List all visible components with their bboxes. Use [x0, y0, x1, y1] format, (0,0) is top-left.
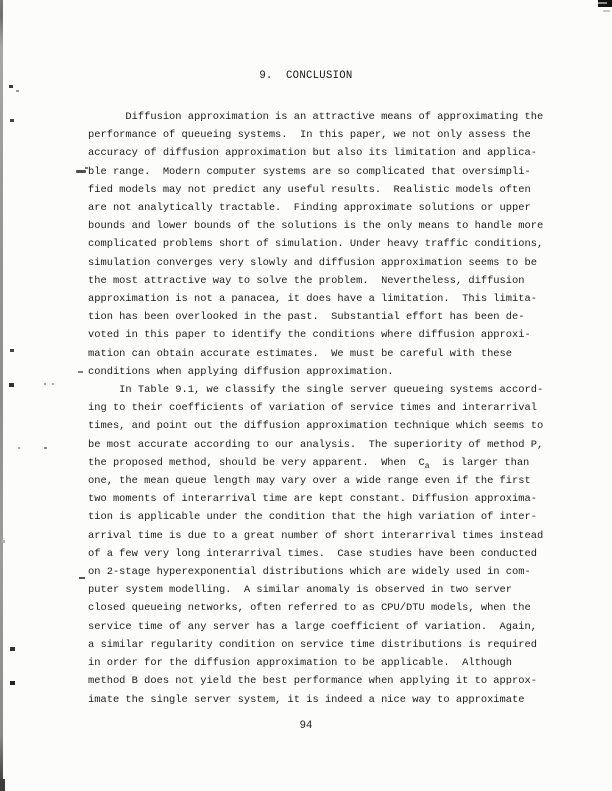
text-line: the most attractive way to solve the pro… [88, 272, 543, 290]
scanned-paper-page: 9. CONCLUSION Diffusion approximation is… [0, 0, 612, 791]
scan-smudge [76, 170, 86, 173]
text-line: be most accurate according to our analys… [88, 436, 543, 454]
scan-speck [10, 349, 14, 352]
text-line: in order for the diffusion approximation… [88, 654, 543, 672]
text-line: Diffusion approximation is an attractive… [88, 108, 543, 126]
scan-speck [9, 85, 13, 88]
text-line: of a few very long interarrival times. C… [88, 545, 543, 563]
scan-corner-mark-highlight [598, 2, 607, 4]
text-line: imate the single server system, it is in… [88, 691, 543, 709]
text-line: the proposed method, should be very appa… [88, 454, 543, 472]
scan-speck [44, 383, 46, 385]
scan-speck [44, 447, 47, 449]
scan-speck [9, 383, 14, 387]
scan-speck [10, 681, 15, 685]
text-line: tion has been overlooked in the past. Su… [88, 308, 543, 326]
text-line: puter system modelling. A similar anomal… [88, 581, 543, 599]
text-line: arrival time is due to a great number of… [88, 527, 543, 545]
text-line: tion is applicable under the condition t… [88, 508, 543, 526]
section-heading: 9. CONCLUSION [0, 70, 612, 82]
text-line: closed queueing networks, often referred… [88, 599, 543, 617]
text-line: times, and point out the diffusion appro… [88, 417, 543, 435]
text-line: two moments of interarrival time are kep… [88, 490, 543, 508]
scan-speck [18, 447, 20, 449]
text-line: voted in this paper to identify the cond… [88, 326, 543, 344]
scan-speck [10, 119, 14, 122]
text-line: ing to their coefficients of variation o… [88, 399, 543, 417]
page-number: 94 [0, 720, 612, 732]
text-line: bounds and lower bounds of the solutions… [88, 217, 543, 235]
text-line: complicated problems short of simulation… [88, 235, 543, 253]
text-line: are not analytically tractable. Finding … [88, 199, 543, 217]
text-line: approximation is not a panacea, it does … [88, 290, 543, 308]
text-line: ble range. Modern computer systems are s… [88, 163, 543, 181]
body-text: Diffusion approximation is an attractive… [88, 108, 543, 709]
text-line: a similar regularity condition on servic… [88, 636, 543, 654]
text-line: on 2-stage hyperexponential distribution… [88, 563, 543, 581]
scan-edge-strip [0, 0, 3, 791]
scan-corner-blob [0, 779, 5, 791]
scan-smudge [603, 10, 610, 12]
text-line: accuracy of diffusion approximation but … [88, 144, 543, 162]
scan-smudge [79, 577, 85, 579]
scan-speck [2, 540, 5, 543]
text-line: mation can obtain accurate estimates. We… [88, 345, 543, 363]
text-line: service time of any server has a large c… [88, 618, 543, 636]
scan-speck [10, 647, 15, 651]
text-line: conditions when applying diffusion appro… [88, 363, 543, 381]
scan-speck [16, 90, 19, 92]
text-line: fied models may not predict any useful r… [88, 181, 543, 199]
scan-speck [78, 371, 83, 373]
text-line: In Table 9.1, we classify the single ser… [88, 381, 543, 399]
text-line: performance of queueing systems. In this… [88, 126, 543, 144]
text-line: simulation converges very slowly and dif… [88, 254, 543, 272]
scan-speck [52, 383, 54, 385]
text-line: one, the mean queue length may vary over… [88, 472, 543, 490]
text-line: method B does not yield the best perform… [88, 672, 543, 690]
